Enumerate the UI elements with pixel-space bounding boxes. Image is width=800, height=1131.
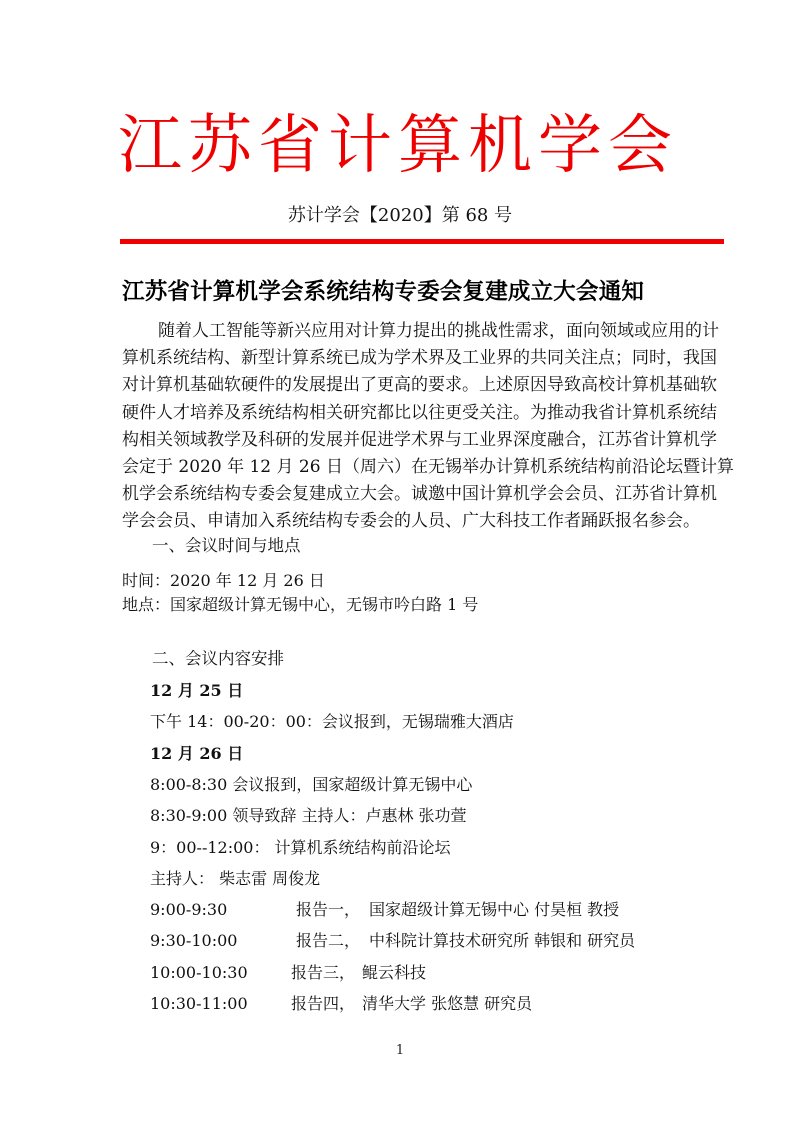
notice-title: 江苏省计算机学会系统结构专委会复建成立大会通知 [122, 276, 644, 308]
intro-line: 算机系统结构、新型计算系统已成为学术界及工业界的共同关注点；同时，我国 [122, 345, 682, 372]
intro-line: 会定于 2020 年 12 月 26 日（周六）在无锡举办计算机系统结构前沿论坛… [122, 454, 682, 481]
organization-title: 江苏省计算机学会 [118, 104, 688, 188]
intro-line: 对计算机基础软硬件的发展提出了更高的要求。上述原因导致高校计算机基础软 [122, 372, 682, 399]
schedule-item: 下午 14：00-20：00：会议报到，无锡瑞雅大酒店 [150, 711, 514, 733]
report-time: 10:30-11:00 [150, 993, 248, 1015]
report-time: 9:30-10:00 [150, 930, 237, 952]
report-label: 报告一， [296, 899, 360, 921]
report-row: 9:00-9:30 报告一， 国家超级计算无锡中心 付昊桓 教授 [0, 899, 800, 921]
schedule-item: 8:30-9:00 领导致辞 主持人：卢惠林 张功萱 [150, 805, 467, 827]
intro-line: 机学会系统结构专委会复建成立大会。诚邀中国计算机学会会员、江苏省计算机 [122, 481, 682, 508]
schedule-item: 9：00--12:00： 计算机系统结构前沿论坛 [150, 837, 451, 859]
report-row: 10:30-11:00 报告四， 清华大学 张悠慧 研究员 [0, 993, 800, 1015]
meeting-time: 时间：2020 年 12 月 26 日 [122, 570, 325, 592]
report-time: 9:00-9:30 [150, 899, 227, 921]
red-header-rule [120, 239, 724, 244]
report-detail: 中科院计算技术研究所 韩银和 研究员 [369, 930, 635, 952]
section-heading-time-place: 一、会议时间与地点 [152, 535, 301, 557]
meeting-place: 地点：国家超级计算无锡中心，无锡市吟白路 1 号 [122, 594, 478, 616]
report-row: 10:00-10:30 报告三， 鲲云科技 [0, 962, 800, 984]
section-heading-agenda: 二、会议内容安排 [152, 648, 284, 670]
intro-line: 硬件人才培养及系统结构相关研究都比以往更受关注。为推动我省计算机系统结 [122, 400, 682, 427]
report-detail: 国家超级计算无锡中心 付昊桓 教授 [369, 899, 619, 921]
report-row: 9:30-10:00 报告二， 中科院计算技术研究所 韩银和 研究员 [0, 930, 800, 952]
schedule-date-dec26: 12 月 26 日 [150, 743, 243, 765]
page-number: 1 [0, 1042, 800, 1060]
intro-paragraph: 随着人工智能等新兴应用对计算力提出的挑战性需求，面向领域或应用的计 算机系统结构… [122, 318, 682, 536]
document-number-text: 苏计学会【2020】第 68 号 [288, 204, 512, 228]
report-detail: 清华大学 张悠慧 研究员 [362, 993, 532, 1015]
report-detail: 鲲云科技 [362, 962, 426, 984]
schedule-item: 主持人： 柴志雷 周俊龙 [150, 868, 320, 890]
intro-line: 学会会员、申请加入系统结构专委会的人员、广大科技工作者踊跃报名参会。 [122, 508, 682, 535]
report-time: 10:00-10:30 [150, 962, 248, 984]
report-label: 报告三， [291, 962, 355, 984]
report-label: 报告四， [291, 993, 355, 1015]
report-label: 报告二， [296, 930, 360, 952]
document-number: 苏计学会【2020】第 68 号 [0, 204, 800, 228]
intro-line: 构相关领域教学及科研的发展并促进学术界与工业界深度融合，江苏省计算机学 [122, 427, 682, 454]
schedule-date-dec25: 12 月 25 日 [150, 680, 243, 702]
schedule-item: 8:00-8:30 会议报到，国家超级计算无锡中心 [150, 774, 472, 796]
intro-line: 随着人工智能等新兴应用对计算力提出的挑战性需求，面向领域或应用的计 [122, 318, 682, 345]
